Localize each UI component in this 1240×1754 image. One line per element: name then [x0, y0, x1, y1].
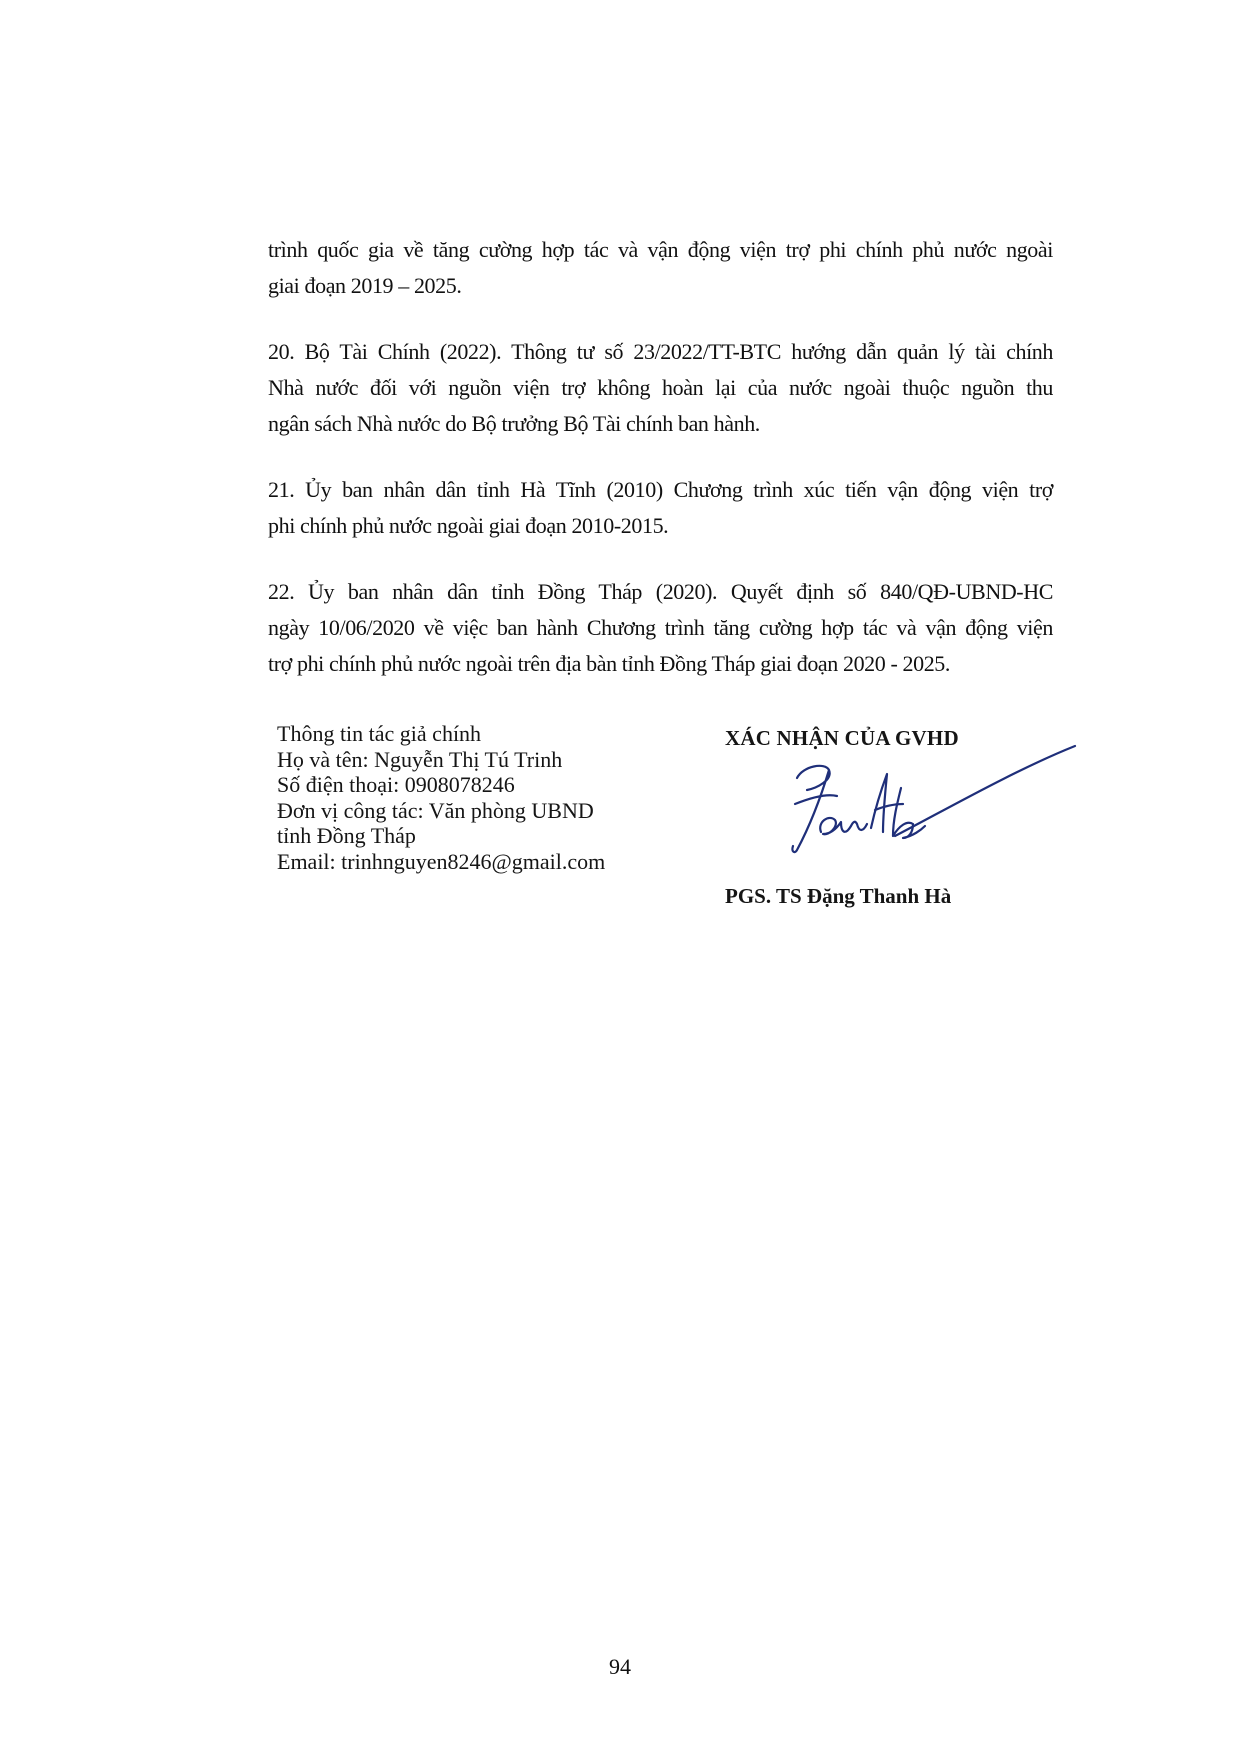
- reference-line: phi chính phủ nước ngoài giai đoạn 2010-…: [268, 508, 1053, 544]
- reference-22: 22. Ủy ban nhân dân tỉnh Đồng Tháp (2020…: [268, 574, 1053, 682]
- reference-line: Nhà nước đối với nguồn viện trợ không ho…: [268, 370, 1053, 406]
- references-list: trình quốc gia về tăng cường hợp tác và …: [268, 232, 1053, 712]
- reference-line: ngân sách Nhà nước do Bộ trưởng Bộ Tài c…: [268, 406, 1053, 442]
- reference-19-continuation: trình quốc gia về tăng cường hợp tác và …: [268, 232, 1053, 304]
- author-info-heading: Thông tin tác giả chính: [277, 721, 605, 747]
- reference-line: ngày 10/06/2020 về việc ban hành Chương …: [268, 610, 1053, 646]
- author-name: Họ và tên: Nguyễn Thị Tú Trinh: [277, 747, 605, 773]
- signer-name: PGS. TS Đặng Thanh Hà: [725, 884, 951, 909]
- reference-line: 21. Ủy ban nhân dân tỉnh Hà Tĩnh (2010) …: [268, 472, 1053, 508]
- author-phone: Số điện thoại: 0908078246: [277, 772, 605, 798]
- author-info: Thông tin tác giả chính Họ và tên: Nguyễ…: [277, 721, 605, 874]
- reference-line: 20. Bộ Tài Chính (2022). Thông tư số 23/…: [268, 334, 1053, 370]
- reference-line: giai đoạn 2019 – 2025.: [268, 268, 1053, 304]
- page-number: 94: [0, 1654, 1240, 1680]
- reference-21: 21. Ủy ban nhân dân tỉnh Hà Tĩnh (2010) …: [268, 472, 1053, 544]
- reference-line: trợ phi chính phủ nước ngoài trên địa bà…: [268, 646, 1053, 682]
- author-email: Email: trinhnguyen8246@gmail.com: [277, 849, 605, 875]
- reference-line: 22. Ủy ban nhân dân tỉnh Đồng Tháp (2020…: [268, 574, 1053, 610]
- supervisor-confirmation: XÁC NHẬN CỦA GVHD PGS. TS Đặng Thanh Hà: [725, 726, 1085, 751]
- reference-line: trình quốc gia về tăng cường hợp tác và …: [268, 232, 1053, 268]
- signature-icon: [725, 740, 1085, 860]
- author-workplace-cont: tỉnh Đồng Tháp: [277, 823, 605, 849]
- reference-20: 20. Bộ Tài Chính (2022). Thông tư số 23/…: [268, 334, 1053, 442]
- author-workplace: Đơn vị công tác: Văn phòng UBND: [277, 798, 605, 824]
